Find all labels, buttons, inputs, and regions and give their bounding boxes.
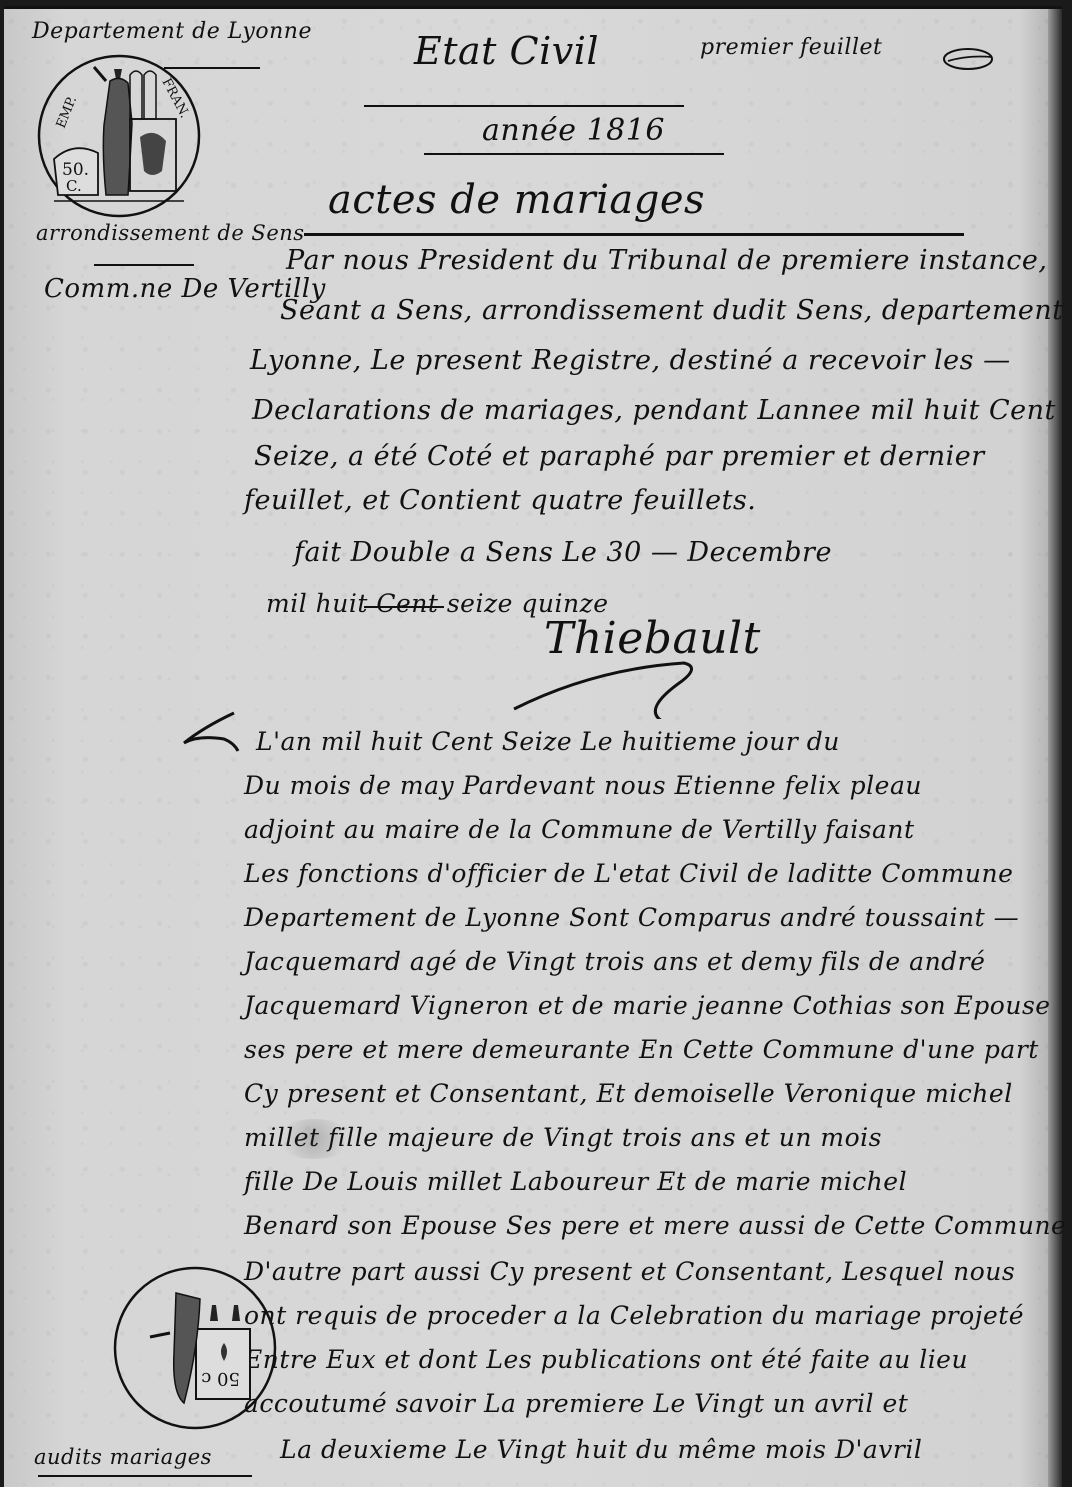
margin-note-underline: [38, 1475, 252, 1477]
tax-stamp-bottom-icon: 50 c: [110, 1263, 280, 1433]
margin-note-mariages: audits mariages: [34, 1445, 212, 1469]
strikethrough: [364, 606, 444, 608]
title-underline: [364, 105, 684, 107]
act-line: D'autre part aussi Cy present et Consent…: [244, 1257, 1015, 1286]
certification-line: Seize, a été Coté et paraphé par premier…: [254, 441, 985, 472]
certification-line: feuillet, et Contient quatre feuillets.: [244, 485, 756, 516]
signature-flourish-icon: [504, 639, 704, 719]
arrondissement-underline: [94, 264, 194, 266]
act-line: ses pere et mere demeurante En Cette Com…: [244, 1035, 1039, 1064]
tax-stamp-top-icon: EMP. FRAN. 50. C.: [34, 51, 204, 221]
register-title: Etat Civil: [414, 29, 599, 73]
act-line: Jacquemard agé de Vingt trois ans et dem…: [244, 947, 985, 976]
stamp-value: 50 c: [201, 1368, 240, 1389]
year-underline: [424, 153, 724, 155]
paraph-flourish-icon: [940, 39, 1000, 79]
department-note: Departement de Lyonne: [32, 19, 312, 44]
register-page: Departement de Lyonne EMP. FRAN. 50. C. …: [4, 6, 1062, 1484]
act-line: ont requis de proceder a la Celebration …: [244, 1301, 1024, 1330]
act-line: Les fonctions d'officier de L'etat Civil…: [244, 859, 1013, 888]
register-year: année 1816: [482, 113, 665, 148]
act-line: L'an mil huit Cent Seize Le huitieme jou…: [256, 727, 840, 756]
section-title: actes de mariages: [328, 177, 705, 223]
act-line: Benard son Epouse Ses pere et mere aussi…: [244, 1211, 1066, 1240]
stamp-legend-right: FRAN.: [158, 76, 191, 121]
act-line: Jacquemard Vigneron et de marie jeanne C…: [244, 991, 1051, 1020]
act-line: Entre Eux et dont Les publications ont é…: [244, 1345, 968, 1374]
ink-smudge: [274, 1119, 354, 1159]
act-line: Du mois de may Pardevant nous Etienne fe…: [244, 771, 922, 800]
arrondissement-note: arrondissement de Sens: [36, 221, 305, 245]
certification-line: Lyonne, Le present Registre, destiné a r…: [250, 345, 1011, 376]
act-line: La deuxieme Le Vingt huit du même mois D…: [280, 1435, 922, 1464]
svg-text:C.: C.: [66, 177, 82, 195]
certification-line: Par nous President du Tribunal de premie…: [286, 245, 1047, 276]
certification-date-line: fait Double a Sens Le 30 — Decembre: [294, 537, 832, 568]
stamp-legend-left: EMP.: [54, 94, 80, 130]
section-underline: [304, 233, 964, 236]
initial-l-flourish-icon: [174, 709, 264, 759]
certification-line: Seant a Sens, arrondissement dudit Sens,…: [280, 295, 1072, 326]
act-line: adjoint au maire de la Commune de Vertil…: [244, 815, 915, 844]
act-line: Departement de Lyonne Sont Comparus andr…: [244, 903, 1019, 932]
certification-line: Declarations de mariages, pendant Lannee…: [252, 395, 1056, 426]
folio-note: premier feuillet: [700, 35, 882, 60]
act-line: fille De Louis millet Laboureur Et de ma…: [244, 1167, 907, 1196]
act-line: accoutumé savoir La premiere Le Vingt un…: [244, 1389, 908, 1418]
page-edge-shadow: [1048, 9, 1062, 1484]
act-line: Cy present et Consentant, Et demoiselle …: [244, 1079, 1013, 1108]
